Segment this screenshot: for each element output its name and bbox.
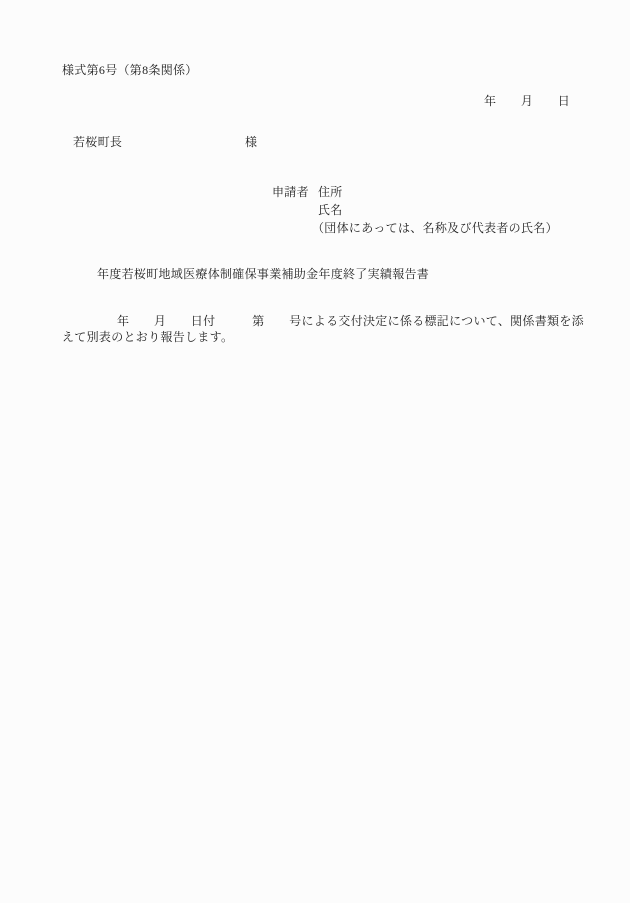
form-number: 様式第6号（第8条関係） bbox=[62, 64, 198, 77]
date-line: 年 月 日 bbox=[484, 95, 570, 108]
organization-note: （団体にあっては、名称及び代表者の氏名） bbox=[312, 222, 558, 235]
document-page: 様式第6号（第8条関係） 年 月 日 若桜町長 様 申請者 住所 氏名 （団体に… bbox=[0, 0, 630, 903]
name-label: 氏名 bbox=[318, 204, 343, 217]
applicant-label: 申請者 bbox=[272, 186, 309, 199]
addressee-honorific: 様 bbox=[245, 136, 257, 149]
body-text-line2: えて別表のとおり報告します。 bbox=[62, 331, 233, 344]
document-title: 年度若桜町地域医療体制確保事業補助金年度終了実績報告書 bbox=[97, 268, 429, 281]
addressee-name: 若桜町長 bbox=[73, 136, 122, 149]
address-label: 住所 bbox=[318, 186, 343, 199]
body-text-line1: 年 月 日付 第 号による交付決定に係る標記について、関係書類を添 bbox=[117, 315, 584, 328]
